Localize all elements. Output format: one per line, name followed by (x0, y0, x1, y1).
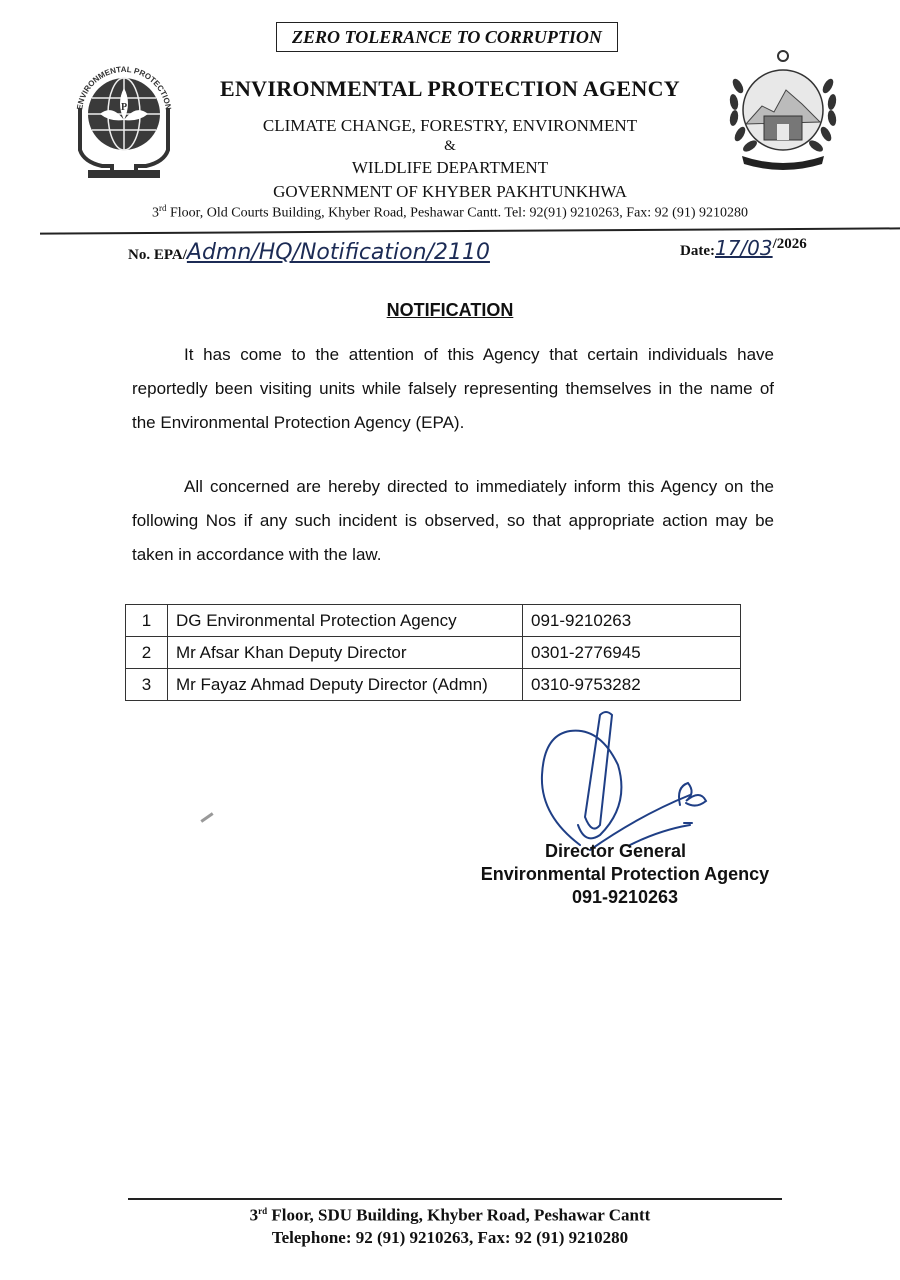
header-divider (40, 227, 900, 234)
signatory-organization: Environmental Protection Agency (440, 863, 810, 886)
government-name: GOVERNMENT OF KHYBER PAKHTUNKHWA (0, 182, 900, 202)
footer-floor-number: 3 (250, 1206, 259, 1225)
address-text: Floor, Old Courts Building, Khyber Road,… (167, 206, 749, 221)
contact-phone: 091-9210263 (523, 605, 741, 637)
footer-floor-suffix: rd (258, 1206, 267, 1216)
scan-speck (200, 812, 213, 822)
date-label: Date: (680, 243, 715, 259)
table-row: 3 Mr Fayaz Ahmad Deputy Director (Admn) … (126, 669, 741, 701)
table-row: 1 DG Environmental Protection Agency 091… (126, 605, 741, 637)
paragraph-1: It has come to the attention of this Age… (132, 338, 774, 440)
signature-block: Director General Environmental Protectio… (440, 840, 810, 909)
department-line1: CLIMATE CHANGE, FORESTRY, ENVIRONMENT (0, 116, 900, 136)
footer: 3rd Floor, SDU Building, Khyber Road, Pe… (0, 1200, 900, 1249)
department-line2: WILDLIFE DEPARTMENT (0, 158, 900, 178)
paragraph-2-text: All concerned are hereby directed to imm… (132, 477, 774, 564)
contact-name: DG Environmental Protection Agency (168, 605, 523, 637)
slogan-box: ZERO TOLERANCE TO CORRUPTION (276, 22, 618, 52)
signatory-title: Director General (515, 840, 810, 863)
footer-address: 3rd Floor, SDU Building, Khyber Road, Pe… (0, 1200, 900, 1227)
kp-government-emblem-icon (722, 46, 844, 176)
date-year: /2026 (773, 236, 807, 252)
reference-number: No. EPA/Admn/HQ/Notification/2110 (128, 240, 490, 265)
document-date: Date:17/03/2026 (680, 236, 807, 260)
svg-text:P: P (121, 102, 127, 113)
footer-address-text: Floor, SDU Building, Khyber Road, Peshaw… (267, 1206, 650, 1225)
row-number: 2 (126, 637, 168, 669)
footer-telephone: Telephone: 92 (91) 9210263, Fax: 92 (91)… (0, 1227, 900, 1249)
contact-name: Mr Fayaz Ahmad Deputy Director (Admn) (168, 669, 523, 701)
table-row: 2 Mr Afsar Khan Deputy Director 0301-277… (126, 637, 741, 669)
row-number: 3 (126, 669, 168, 701)
department-amp: & (0, 138, 900, 155)
contacts-table: 1 DG Environmental Protection Agency 091… (125, 604, 741, 701)
reference-label: No. EPA/ (128, 247, 187, 263)
date-handwritten: 17/03 (715, 236, 773, 260)
contact-phone: 0301-2776945 (523, 637, 741, 669)
contact-phone: 0310-9753282 (523, 669, 741, 701)
reference-handwritten: Admn/HQ/Notification/2110 (187, 240, 490, 265)
contact-name: Mr Afsar Khan Deputy Director (168, 637, 523, 669)
header-address: 3rd Floor, Old Courts Building, Khyber R… (0, 203, 900, 222)
floor-number: 3 (152, 206, 159, 221)
row-number: 1 (126, 605, 168, 637)
paragraph-1-text: It has come to the attention of this Age… (132, 345, 774, 432)
signatory-phone: 091-9210263 (440, 886, 810, 909)
agency-name: ENVIRONMENTAL PROTECTION AGENCY (0, 76, 900, 102)
paragraph-2: All concerned are hereby directed to imm… (132, 470, 774, 572)
floor-suffix: rd (159, 203, 167, 213)
slogan-text: ZERO TOLERANCE TO CORRUPTION (292, 27, 602, 47)
page-title: NOTIFICATION (0, 300, 900, 321)
